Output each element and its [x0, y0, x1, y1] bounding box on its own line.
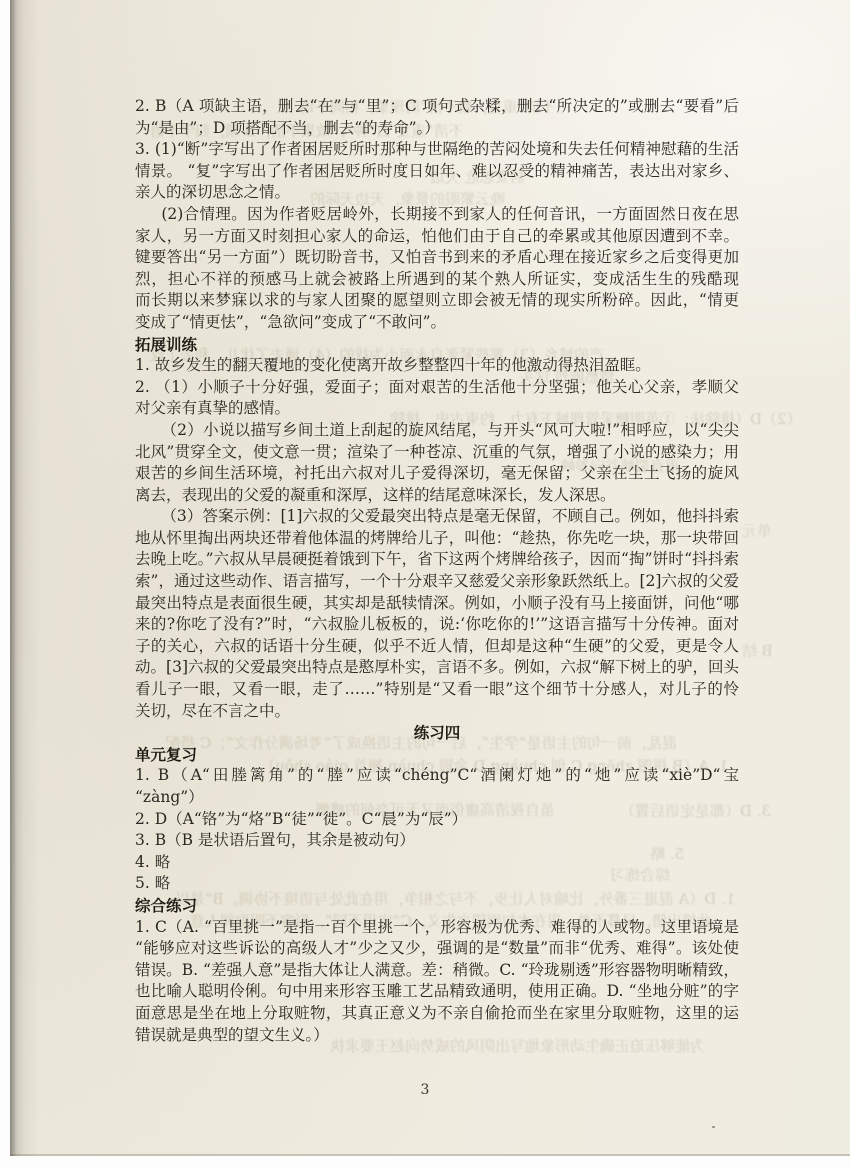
- text-line: 5. 略: [135, 873, 739, 895]
- section-heading: 拓展训练: [135, 334, 739, 356]
- text-line: 2. D（A“铬”为“烙”B“徒”“徙”。C“晨”为“辰”）: [135, 809, 739, 831]
- text-line: 1. B（A“田塍篱角”的“塍”应读“chéng”C“酒阑灯灺”的“灺”应读“x…: [135, 765, 739, 787]
- text-line: 离去，表现出的父爱的凝重和深厚，这样的结尾意味深长，发人深思。: [135, 485, 739, 507]
- text-line: 亲人的深切思念之情。: [135, 182, 739, 204]
- text-line: 索”，通过这些动作、语言描写，一个十分艰辛又慈爱父亲形象跃然纸上。[2]六叔的父…: [135, 571, 739, 593]
- section-heading: 单元复习: [135, 744, 739, 766]
- text-line: “能够应对这些诉讼的高级人才”少之又少，强调的是“数量”而非“优秀、难得”。该处…: [135, 938, 739, 960]
- section-heading: 综合练习: [135, 895, 739, 917]
- text-line: 2. B（A 项缺主语，删去“在”与“里”；C 项句式杂糅，删去“所决定的”或删…: [135, 96, 739, 118]
- text-line: “zàng”）: [135, 787, 739, 809]
- text-line: 关切，尽在不言之中。: [135, 701, 739, 723]
- page-number: 3: [0, 1082, 850, 1098]
- text-line: 情景。 “复”字写出了作者困居贬所时度日如年、难以忍受的精神痛苦，表达出对家乡、: [135, 161, 739, 183]
- text-line: 对父亲有真挚的感情。: [135, 398, 739, 420]
- text-line: 地从怀里掏出两块还带着他体温的烤牌给儿子，叫他：“趁热，你先吃一块，那一块带回: [135, 528, 739, 550]
- text-line: 键要答出“另一方面”）既切盼音书，又怕音书到来的矛盾心理在接近家乡之后变得更加强: [135, 247, 739, 269]
- text-line: 最突出特点是表面很生硬，其实却是舐犊情深。例如，小顺子没有马上接面饼，问他“哪: [135, 593, 739, 615]
- text-line: 动。[3]六叔的父爱最突出特点是憨厚朴实，言语不多。例如，六叔“解下树上的驴，回…: [135, 657, 739, 679]
- text-line: 3. B（B 是状语后置句，其余是被动句）: [135, 830, 739, 852]
- scanned-page: 不清”重复，数不清”的现象，相同不语不清”重复 去“种”，效果不活，B 项，归学…: [0, 0, 850, 1169]
- answer-key-text: 2. B（A 项缺主语，删去“在”与“里”；C 项句式杂糅，删去“所决定的”或删…: [135, 96, 739, 1046]
- text-line: 北风”贯穿全文，使文意一贯；渲染了一种苍凉、沉重的气氛，增强了小说的感染力；用: [135, 442, 739, 464]
- text-line: 烈，担心不祥的预感马上就会被路上所遇到的某个熟人所证实，变成活生生的残酷现实；: [135, 269, 739, 291]
- text-line: 4. 略: [135, 852, 739, 874]
- text-line: （2）小说以描写乡间土道上刮起的旋风结尾，与开头“风可大啦!”相呼应，以“尖尖的…: [135, 420, 739, 442]
- text-line: 子的关心，六叔的话语十分生硬，似乎不近人情，但却是这种“生硬”的父爱，更是令人感: [135, 636, 739, 658]
- text-line: 错误就是典型的望文生义。）: [135, 1025, 739, 1047]
- text-line: 也比喻人聪明伶俐。句中用来形容玉雕工艺品精致通明，使用正确。D. “坐地分赃”的…: [135, 981, 739, 1003]
- text-line: 3. (1)“断”字写出了作者困居贬所时那种与世隔绝的苦闷处境和失去任何精神慰藉…: [135, 139, 739, 161]
- section-heading: 练习四: [135, 722, 739, 744]
- scan-speck: [712, 1126, 715, 1128]
- text-line: 艰苦的乡间生活环境，衬托出六叔对儿子爱得深切，毫无保留；父亲在尘土飞扬的旋风中: [135, 463, 739, 485]
- text-line: 2. （1）小顺子十分好强，爱面子；面对艰苦的生活他十分坚强；他关心父亲，孝顺父…: [135, 377, 739, 399]
- text-line: 来的?你吃了没有?”时，“六叔脸儿板板的，说:‘你吃你的!’”这语言描写十分传神…: [135, 614, 739, 636]
- text-line: （3）答案示例：[1]六叔的父爱最突出特点是毫无保留，不顾自己。例如，他抖抖索索: [135, 506, 739, 528]
- text-line: 错误。B. “差强人意”是指大体让人满意。差：稍微。C. “玲珑剔透”形容器物明…: [135, 960, 739, 982]
- text-line: (2)合情理。因为作者贬居岭外，长期接不到家人的任何音讯，一方面固然日夜在思念: [135, 204, 739, 226]
- text-line: 而长期以来梦寐以求的与家人团聚的愿望则立即会被无情的现实所粉碎。因此，“情更切”: [135, 290, 739, 312]
- scanner-margin: [0, 1156, 850, 1169]
- text-line: 1. C（A. “百里挑一”是指一百个里挑一个，形容极为优秀、难得的人或物。这里…: [135, 917, 739, 939]
- text-line: 家人，另一方面又时刻担心家人的命运，怕他们由于自己的牵累或其他原因遭到不幸。（关: [135, 226, 739, 248]
- text-line: 面意思是坐在地上分取赃物，其真正意义为不亲自偷抢而坐在家里分取赃物，这里的运用: [135, 1003, 739, 1025]
- text-line: 变成了“情更怯”，“急欲问”变成了“不敢问”。: [135, 312, 739, 334]
- text-line: 1. 故乡发生的翻天覆地的变化使离开故乡整整四十年的他激动得热泪盈眶。: [135, 355, 739, 377]
- text-line: 为“是由”；D 项搭配不当，删去“的寿命”。）: [135, 118, 739, 140]
- text-line: 看儿子一眼，又看一眼，走了……”特别是“又看一眼”这个细节十分感人，对儿子的怜爱…: [135, 679, 739, 701]
- text-line: 去晚上吃。”六叔从早晨硬挺着饿到下午，省下这两个烤牌给孩子，因而“掏”饼时“抖抖…: [135, 549, 739, 571]
